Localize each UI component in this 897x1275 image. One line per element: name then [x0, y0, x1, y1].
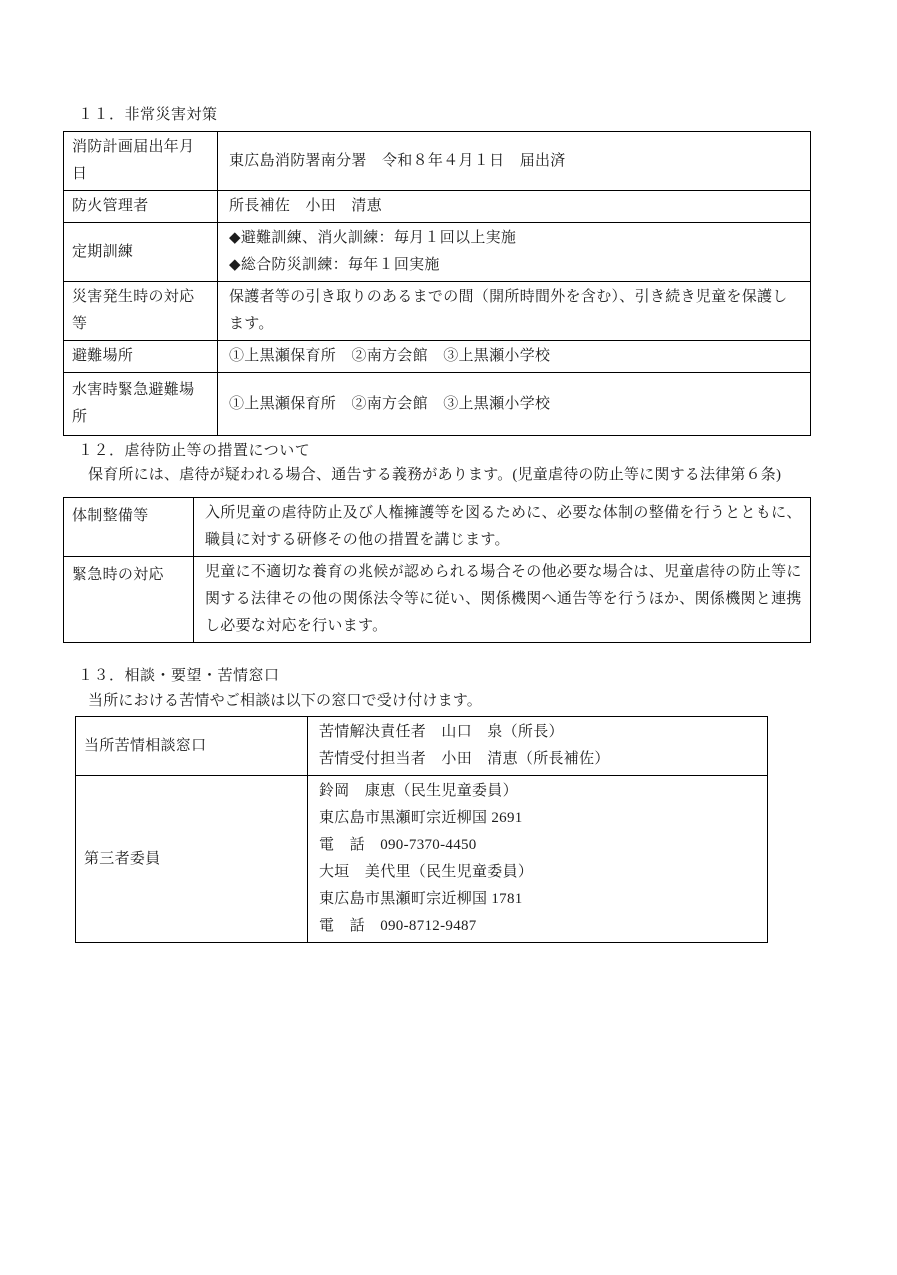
row-content: 鈴岡 康恵（民生児童委員） 東広島市黒瀬町宗近柳国 2691 電 話 090-7…	[308, 776, 768, 943]
row-content: 保護者等の引き取りのあるまでの間（開所時間外を含む）、引き続き児童を保護します。	[218, 282, 811, 341]
label-text: 防火管理者	[72, 193, 205, 220]
label-text: 災害発生時の対応等	[72, 284, 205, 338]
table-row: 水害時緊急避難場所 ①上黒瀬保育所 ②南方会館 ③上黒瀬小学校	[64, 373, 811, 436]
content-line: 苦情受付担当者 小田 清恵（所長補佐）	[319, 746, 759, 773]
section-11-heading: １１．非常災害対策	[78, 105, 218, 125]
content-line: 電 話 090-7370-4450	[319, 832, 759, 859]
content-line: ①上黒瀬保育所 ②南方会館 ③上黒瀬小学校	[229, 343, 802, 370]
row-label: 当所苦情相談窓口	[76, 717, 308, 776]
label-text: 避難場所	[72, 343, 205, 370]
content-line: 東広島市黒瀬町宗近柳国 1781	[319, 886, 759, 913]
content-line: ◆総合防災訓練：毎年１回実施	[229, 252, 802, 279]
content-line: 電 話 090-8712-9487	[319, 913, 759, 940]
table-row: 消防計画届出年月日 東広島消防署南分署 令和８年４月１日 届出済	[64, 132, 811, 191]
table-row: 災害発生時の対応等 保護者等の引き取りのあるまでの間（開所時間外を含む）、引き続…	[64, 282, 811, 341]
row-label: 避難場所	[64, 341, 218, 373]
row-content: 東広島消防署南分署 令和８年４月１日 届出済	[218, 132, 811, 191]
document-page: １１．非常災害対策 消防計画届出年月日 東広島消防署南分署 令和８年４月１日 届…	[0, 0, 897, 1275]
row-content: 所長補佐 小田 清恵	[218, 191, 811, 223]
label-text: 体制整備等	[72, 503, 181, 530]
row-content: ①上黒瀬保育所 ②南方会館 ③上黒瀬小学校	[218, 373, 811, 436]
table-row: 当所苦情相談窓口 苦情解決責任者 山口 泉（所長） 苦情受付担当者 小田 清恵（…	[76, 717, 768, 776]
section-12-intro: 保育所には、虐待が疑われる場合、通告する義務があります。(児童虐待の防止等に関す…	[88, 465, 781, 485]
table-row: 緊急時の対応 児童に不適切な養育の兆候が認められる場合その他必要な場合は、児童虐…	[64, 557, 811, 643]
row-content: 入所児童の虐待防止及び人権擁護等を図るために、必要な体制の整備を行うとともに、職…	[194, 498, 811, 557]
label-text: 緊急時の対応	[72, 562, 181, 589]
row-label: 体制整備等	[64, 498, 194, 557]
content-line: 大垣 美代里（民生児童委員）	[319, 859, 759, 886]
label-text: 消防計画届出年月日	[72, 134, 205, 188]
content-line: 東広島消防署南分署 令和８年４月１日 届出済	[229, 148, 802, 175]
table-row: 定期訓練 ◆避難訓練、消火訓練：毎月１回以上実施 ◆総合防災訓練：毎年１回実施	[64, 223, 811, 282]
label-text: 定期訓練	[72, 239, 205, 266]
row-label: 定期訓練	[64, 223, 218, 282]
row-content: ①上黒瀬保育所 ②南方会館 ③上黒瀬小学校	[218, 341, 811, 373]
section-13-heading: １３．相談・要望・苦情窓口	[78, 666, 280, 686]
emergency-disaster-table: 消防計画届出年月日 東広島消防署南分署 令和８年４月１日 届出済 防火管理者 所…	[63, 131, 811, 436]
table-row: 防火管理者 所長補佐 小田 清恵	[64, 191, 811, 223]
content-line: 入所児童の虐待防止及び人権擁護等を図るために、必要な体制の整備を行うとともに、職…	[205, 500, 802, 554]
content-line: 所長補佐 小田 清恵	[229, 193, 802, 220]
content-line: ◆避難訓練、消火訓練：毎月１回以上実施	[229, 225, 802, 252]
section-13-intro: 当所における苦情やご相談は以下の窓口で受け付けます。	[88, 691, 482, 711]
label-text: 水害時緊急避難場所	[72, 377, 205, 431]
row-content: 苦情解決責任者 山口 泉（所長） 苦情受付担当者 小田 清恵（所長補佐）	[308, 717, 768, 776]
content-line: ①上黒瀬保育所 ②南方会館 ③上黒瀬小学校	[229, 391, 802, 418]
table-row: 避難場所 ①上黒瀬保育所 ②南方会館 ③上黒瀬小学校	[64, 341, 811, 373]
row-label: 緊急時の対応	[64, 557, 194, 643]
row-label: 第三者委員	[76, 776, 308, 943]
section-12-heading: １２．虐待防止等の措置について	[78, 441, 310, 461]
label-text: 当所苦情相談窓口	[84, 733, 295, 760]
row-label: 水害時緊急避難場所	[64, 373, 218, 436]
table-row: 第三者委員 鈴岡 康恵（民生児童委員） 東広島市黒瀬町宗近柳国 2691 電 話…	[76, 776, 768, 943]
table-row: 体制整備等 入所児童の虐待防止及び人権擁護等を図るために、必要な体制の整備を行う…	[64, 498, 811, 557]
label-text: 第三者委員	[84, 846, 295, 873]
content-line: 児童に不適切な養育の兆候が認められる場合その他必要な場合は、児童虐待の防止等に関…	[205, 559, 802, 640]
complaint-contact-table: 当所苦情相談窓口 苦情解決責任者 山口 泉（所長） 苦情受付担当者 小田 清恵（…	[75, 716, 768, 943]
content-line: 苦情解決責任者 山口 泉（所長）	[319, 719, 759, 746]
row-content: 児童に不適切な養育の兆候が認められる場合その他必要な場合は、児童虐待の防止等に関…	[194, 557, 811, 643]
row-content: ◆避難訓練、消火訓練：毎月１回以上実施 ◆総合防災訓練：毎年１回実施	[218, 223, 811, 282]
row-label: 災害発生時の対応等	[64, 282, 218, 341]
content-line: 保護者等の引き取りのあるまでの間（開所時間外を含む）、引き続き児童を保護します。	[229, 284, 802, 338]
abuse-prevention-table: 体制整備等 入所児童の虐待防止及び人権擁護等を図るために、必要な体制の整備を行う…	[63, 497, 811, 643]
row-label: 消防計画届出年月日	[64, 132, 218, 191]
content-line: 東広島市黒瀬町宗近柳国 2691	[319, 805, 759, 832]
content-line: 鈴岡 康恵（民生児童委員）	[319, 778, 759, 805]
row-label: 防火管理者	[64, 191, 218, 223]
